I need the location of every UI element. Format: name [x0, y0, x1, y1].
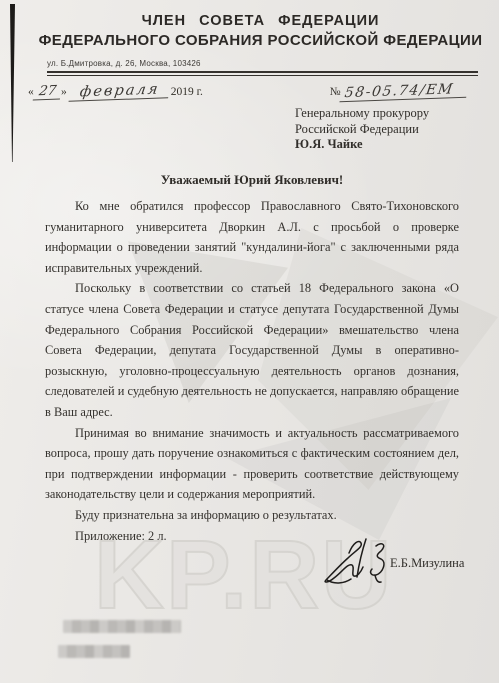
letter-body: Ко мне обратился профессор Православного… [45, 196, 459, 546]
recipient-block: Генеральному прокурору Российской Федера… [295, 106, 429, 153]
redacted-text-2 [58, 645, 130, 658]
signer-name: Е.Б.Мизулина [390, 556, 464, 571]
letterhead-title-line2: ФЕДЕРАЛЬНОГО СОБРАНИЯ РОССИЙСКОЙ ФЕДЕРАЦ… [34, 32, 487, 49]
recipient-line-1: Генеральному прокурору [295, 106, 429, 122]
recipient-line-2: Российской Федерации [295, 122, 429, 138]
handwritten-number: 58-05.74/ЕМ [339, 81, 469, 102]
recipient-name: Ю.Я. Чайке [295, 137, 429, 153]
number-label: № [330, 86, 341, 98]
attachment-line: Приложение: 2 л. [45, 526, 459, 547]
letterhead-title-line1: ЧЛЕН СОВЕТА ФЕДЕРАЦИИ [34, 13, 487, 29]
gratitude-line: Буду признательна за информацию о резуль… [45, 505, 459, 526]
letterhead-divider [47, 71, 478, 76]
date-quote-close: » [61, 86, 67, 98]
reference-row: «27» февраля2019 г. №58-05.74/ЕМ [28, 83, 467, 100]
handwritten-day: 27 [32, 83, 62, 101]
redacted-text-1 [63, 620, 181, 633]
date-field: «27» февраля2019 г. [28, 83, 203, 100]
handwritten-month: февраля [68, 81, 170, 101]
letterhead-address: ул. Б.Дмитровка, д. 26, Москва, 103426 [47, 59, 201, 68]
document-number-field: №58-05.74/ЕМ [330, 83, 467, 100]
salutation: Уважаемый Юрий Яковлевич! [45, 172, 459, 188]
scanned-letter-page: ЧЛЕН СОВЕТА ФЕДЕРАЦИИ ФЕДЕРАЛЬНОГО СОБРА… [0, 0, 499, 683]
signature-scribble [318, 536, 392, 588]
body-paragraph-3: Принимая во внимание значимость и актуал… [45, 423, 459, 505]
scan-artifact [10, 4, 15, 162]
date-year: 2019 г. [171, 86, 203, 98]
body-paragraph-2: Поскольку в соответствии со статьей 18 Ф… [45, 278, 459, 422]
body-paragraph-1: Ко мне обратился профессор Православного… [45, 196, 459, 278]
letterhead: ЧЛЕН СОВЕТА ФЕДЕРАЦИИ ФЕДЕРАЛЬНОГО СОБРА… [34, 13, 487, 49]
